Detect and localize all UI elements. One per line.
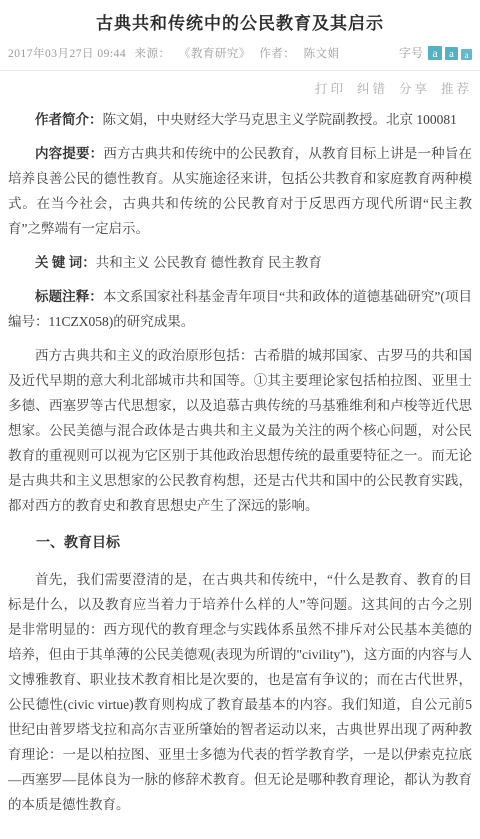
author-intro: 作者简介：陈文娟，中央财经大学马克思主义学院副教授。北京 100081	[8, 107, 472, 132]
publish-datetime: 2017年03月27日 09:44	[8, 48, 126, 60]
author-name: 陈文娟	[304, 48, 340, 60]
keywords-label: 关 键 词：	[35, 255, 96, 270]
keywords: 关 键 词：共和主义 公民教育 德性教育 民主教育	[8, 250, 472, 275]
keywords-text: 共和主义 公民教育 德性教育 民主教育	[96, 255, 322, 270]
author-intro-label: 作者简介：	[35, 112, 103, 127]
article-meta: 2017年03月27日 09:44 来源： 《教育研究》 作者： 陈文娟	[8, 45, 340, 61]
title-note: 标题注释：本文系国家社科基金青年项目“共和政体的道德基础研究”(项目编号：11C…	[8, 284, 472, 334]
action-link-recommend[interactable]: 推荐	[441, 79, 472, 97]
font-size-label: 字号	[399, 46, 423, 60]
body-paragraph-1: 西方古典共和主义的政治原形包括：古希腊的城邦国家、古罗马的共和国及近代早期的意大…	[8, 343, 472, 518]
font-size-small-button[interactable]: a	[461, 49, 472, 60]
author-label: 作者：	[259, 48, 295, 60]
action-link-share[interactable]: 分享	[399, 79, 430, 97]
article-content: 作者简介：陈文娟，中央财经大学马克思主义学院副教授。北京 100081 内容提要…	[7, 97, 473, 839]
title-note-label: 标题注释：	[35, 289, 103, 304]
abstract: 内容提要：西方古典共和传统中的公民教育，从教育目标上讲是一种旨在培养良善公民的德…	[8, 141, 472, 241]
abstract-label: 内容提要：	[35, 146, 103, 161]
font-size-large-button[interactable]: a	[428, 46, 442, 60]
meta-bar: 2017年03月27日 09:44 来源： 《教育研究》 作者： 陈文娟 字号 …	[7, 45, 473, 70]
source-label: 来源：	[134, 48, 170, 60]
page-title: 古典共和传统中的公民教育及其启示	[7, 0, 473, 45]
source-name: 《教育研究》	[179, 48, 251, 60]
body-paragraph-2: 首先，我们需要澄清的是，在古典共和传统中，“什么是教育、教育的目标是什么，以及教…	[8, 567, 472, 817]
author-intro-text: 陈文娟，中央财经大学马克思主义学院副教授。北京 100081	[103, 112, 457, 127]
font-size-medium-button[interactable]: a	[445, 47, 458, 60]
font-size-control: 字号 a a a	[399, 46, 472, 60]
article-page: 古典共和传统中的公民教育及其启示 2017年03月27日 09:44 来源： 《…	[0, 0, 480, 839]
action-link-print[interactable]: 打印	[315, 79, 346, 97]
action-link-correction[interactable]: 纠错	[357, 79, 388, 97]
section-heading-education-goals: 一、教育目标	[8, 531, 472, 556]
action-links: 打印 纠错 分享 推荐	[7, 71, 473, 97]
